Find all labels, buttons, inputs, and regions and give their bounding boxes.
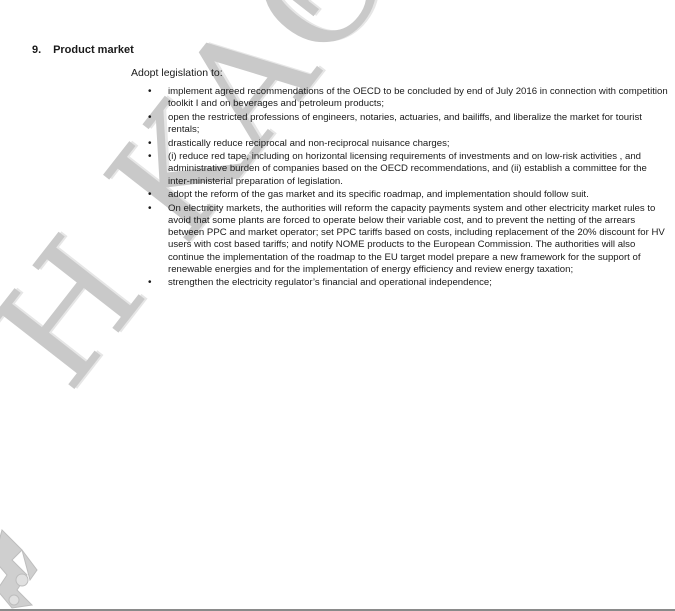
list-item-text: On electricity markets, the authorities …: [168, 203, 665, 275]
list-item: •open the restricted professions of engi…: [148, 112, 668, 136]
list-item-text: open the restricted professions of engin…: [168, 112, 642, 135]
list-item: •strengthen the electricity regulator’s …: [148, 277, 668, 289]
list-item: •(i) reduce red tape, including on horiz…: [148, 151, 668, 188]
section-number: 9.: [32, 44, 50, 56]
section-title: Product market: [53, 44, 134, 56]
list-item: •drastically reduce reciprocal and non-r…: [148, 138, 668, 150]
list-item-text: drastically reduce reciprocal and non-re…: [168, 138, 450, 149]
bullet-icon: •: [148, 189, 152, 201]
list-item-text: implement agreed recommendations of the …: [168, 86, 668, 109]
emblem-icon: [0, 520, 50, 610]
bullet-icon: •: [148, 138, 152, 150]
intro-text: Adopt legislation to:: [131, 67, 223, 79]
list-item-text: (i) reduce red tape, including on horizo…: [168, 151, 647, 186]
bullet-icon: •: [148, 151, 152, 163]
bullet-icon: •: [148, 86, 152, 98]
list-item: •implement agreed recommendations of the…: [148, 86, 668, 110]
bullet-icon: •: [148, 277, 152, 289]
list-item-text: strengthen the electricity regulator’s f…: [168, 277, 492, 288]
bullet-icon: •: [148, 203, 152, 215]
bullet-icon: •: [148, 112, 152, 124]
list-item: •On electricity markets, the authorities…: [148, 203, 668, 276]
list-item: •adopt the reform of the gas market and …: [148, 189, 668, 201]
bullet-list: •implement agreed recommendations of the…: [148, 86, 668, 291]
section-heading: 9. Product market: [32, 44, 134, 56]
list-item-text: adopt the reform of the gas market and i…: [168, 189, 589, 200]
